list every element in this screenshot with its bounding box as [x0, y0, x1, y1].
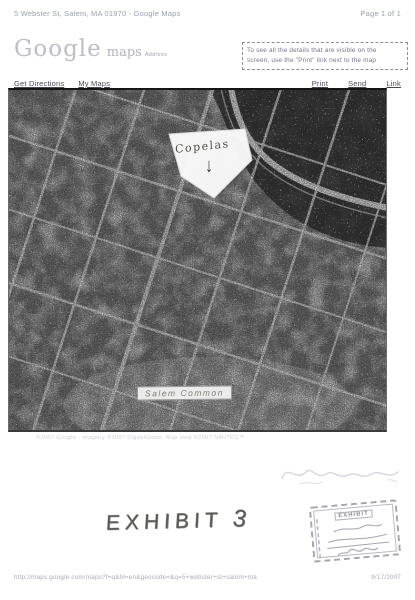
send-link[interactable]: Send [348, 79, 366, 88]
print-link[interactable]: Print [312, 79, 328, 88]
satellite-map-image: Copelas ↓ Salem Common [8, 88, 387, 432]
print-notice-line2: screen, use the "Print" link next to the… [247, 56, 403, 66]
link-link[interactable]: Link [386, 79, 401, 88]
exhibit-handwriting: EXHIBIT 3 [105, 505, 247, 537]
print-header-page-number: Page 1 of 1 [360, 9, 401, 18]
stamp-title: EXHIBIT [334, 509, 373, 520]
toolbar-right-links: Print Send Link [312, 79, 401, 88]
print-notice-line1: To see all the details that are visible … [247, 46, 403, 56]
toolbar-left-links: Get Directions My Maps [14, 79, 110, 88]
logo-tagline: Address [145, 52, 167, 58]
annotation-down-arrow-icon: ↓ [205, 156, 213, 179]
exhibit-number: 3 [230, 505, 248, 534]
my-maps-link[interactable]: My Maps [78, 79, 110, 88]
google-logo-text: Google [14, 36, 102, 62]
print-notice-box: To see all the details that are visible … [242, 42, 408, 70]
exhibit-word: EXHIBIT [105, 509, 223, 536]
print-footer-url: http://maps.google.com/maps?f=q&hl=en&ge… [14, 574, 257, 581]
map-toolbar: Get Directions My Maps Print Send Link [14, 79, 401, 88]
faint-handwriting-scribble [276, 450, 408, 492]
google-maps-logo: Google maps Address [14, 36, 167, 62]
get-directions-link[interactable]: Get Directions [14, 79, 64, 88]
print-header-title: 5 Webster St, Salem, MA 01970 - Google M… [14, 9, 180, 18]
salem-common-label: Salem Common [137, 386, 232, 401]
map-attribution: ©2007 Google - Imagery ©2007 DigitalGlob… [36, 435, 245, 441]
print-header: 5 Webster St, Salem, MA 01970 - Google M… [14, 9, 401, 18]
exhibit-stamp-inner: EXHIBIT [313, 504, 397, 559]
exhibit-stamp: EXHIBIT [309, 499, 402, 562]
print-footer-date: 9/17/2007 [371, 574, 401, 581]
maps-logo-text: maps [107, 45, 142, 60]
print-footer: http://maps.google.com/maps?f=q&hl=en&ge… [14, 574, 401, 581]
stamp-handwriting-scribble [317, 518, 398, 561]
